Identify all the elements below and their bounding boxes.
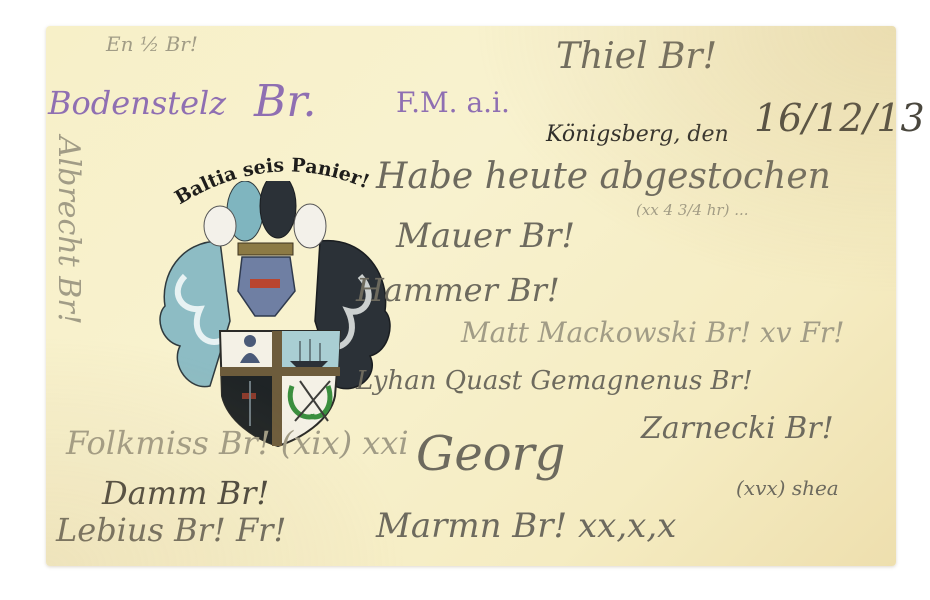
- signature-left-vertical: Albrecht Br!: [51, 136, 86, 325]
- signature-line-2: Mauer Br!: [396, 216, 575, 256]
- signature-line-7: Damm Br!: [102, 474, 269, 512]
- signature-purple-name: Bodenstelz: [48, 84, 226, 122]
- signature-line-4: Matt Mackowski Br! xv Fr!: [461, 316, 844, 349]
- place-label: Königsberg, den: [546, 122, 729, 147]
- coat-of-arms-icon: [150, 181, 400, 451]
- signature-line-5: Lyhan Quast Gemagnenus Br!: [356, 366, 753, 396]
- signature-line-10: (xvx) shea: [736, 476, 839, 500]
- signature-line-11: Lebius Br! Fr!: [56, 511, 286, 549]
- signature-line-12: Marmn Br! xx,x,x: [376, 506, 676, 546]
- signature-line-8: Georg: [416, 426, 565, 482]
- signature-top-right: Thiel Br!: [556, 36, 717, 77]
- signature-top-left: En ½ Br!: [106, 32, 198, 56]
- signature-purple-suffix: F.M. a.i.: [396, 86, 510, 119]
- signature-purple-br: Br.: [254, 76, 317, 127]
- note-small: (xx 4 3/4 hr) ...: [636, 201, 749, 219]
- note-line-1: Habe heute abgestochen: [376, 156, 831, 197]
- date-handwritten: 16/12/13: [754, 96, 925, 140]
- signature-line-9: Zarnecki Br!: [641, 411, 834, 446]
- signature-line-3: Hammer Br!: [356, 271, 560, 309]
- signature-line-6: Folkmiss Br! (xix) xxi: [66, 424, 409, 462]
- postcard: Baltia seis Panier!: [46, 26, 896, 566]
